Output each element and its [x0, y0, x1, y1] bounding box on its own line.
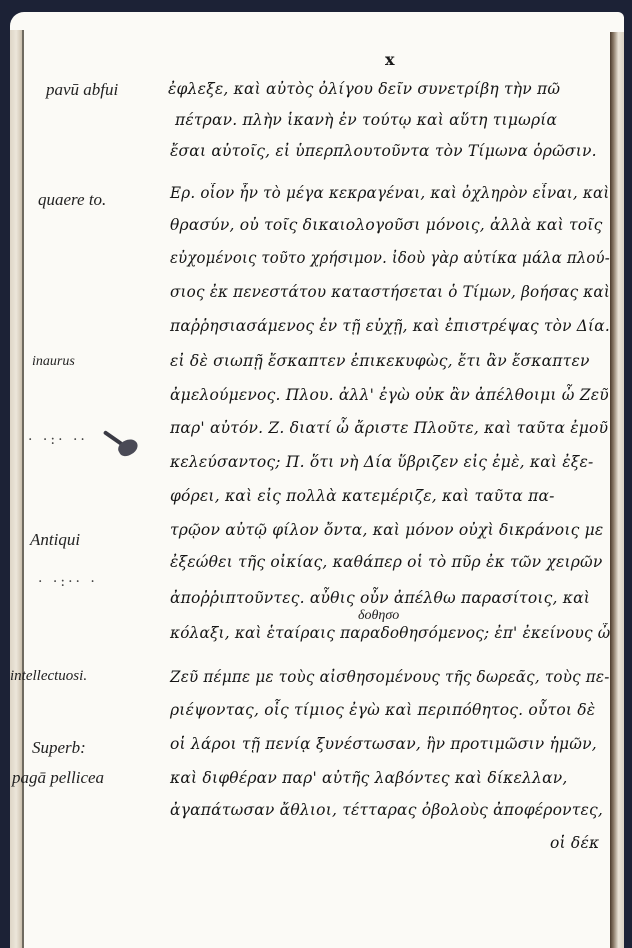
- text-line: ἀποῤῥιπτοῦντες. αὖθις οὖν ἀπέλθω παρασίτ…: [170, 589, 590, 607]
- text-line: οἱ λάροι τῇ πενίᾳ ξυνέστωσαν, ἣν προτιμῶ…: [170, 735, 597, 753]
- text-line: φόρει, καὶ εἰς πολλὰ κατεμέριζε, καὶ ταῦ…: [170, 487, 555, 505]
- text-line: ἐφλεξε, καὶ αὐτὸς ὀλίγου δεῖν συνετρίβη …: [168, 80, 560, 98]
- text-line: Ζεῦ πέμπε με τοὺς αἰσθησομένους τῆς δωρε…: [170, 668, 610, 686]
- ink-specks: · ·:· ··: [28, 432, 88, 448]
- text-line: ἀμελούμενος. Πλου. ἀλλ' ἐγὼ οὐκ ἂν ἀπέλθ…: [170, 386, 609, 404]
- margin-note: pagā pellicea: [12, 768, 104, 788]
- text-line: κελεύσαντος; Π. ὅτι νὴ Δία ὕβριζεν εἰς ἐ…: [170, 453, 594, 471]
- margin-note: inaurus: [32, 354, 75, 370]
- ink-specks: · ·:·· ·: [38, 574, 98, 590]
- margin-note: Superb:: [32, 738, 86, 758]
- text-line: εὐχομένοις τοῦτο χρήσιμον. ἰδοὺ γὰρ αὐτί…: [170, 249, 610, 267]
- margin-note: pavū abfui: [46, 80, 118, 100]
- text-line: ἔσαι αὐτοῖς, εἰ ὑπερπλουτοῦντα τὸν Τίμων…: [170, 142, 597, 160]
- text-line: Ερ. οἷον ἦν τὸ μέγα κεκραγέναι, καὶ ὀχλη…: [170, 184, 610, 202]
- text-line: ἀγαπάτωσαν ἄθλιοι, τέτταρας ὀβολοὺς ἀποφ…: [170, 801, 603, 819]
- text-line: θρασύν, οὐ τοῖς δικαιολογοῦσι μόνοις, ἀλ…: [170, 216, 602, 234]
- text-line: πέτραν. πλὴν ἱκανὴ ἐν τούτῳ καὶ αὕτη τιμ…: [175, 111, 557, 129]
- margin-note: intellectuosi.: [10, 668, 87, 685]
- text-line: κόλαξι, καὶ ἑταίραις παραδοθησόμενος; ἐπ…: [170, 624, 610, 642]
- margin-note: quaere to.: [38, 190, 106, 210]
- page-number: x: [385, 50, 395, 69]
- book-page: x pavū abfui quaere to. inaurus · ·:· ··…: [10, 12, 624, 948]
- text-line: καὶ διφθέραν παρ' αὐτῆς λαβόντες καὶ δίκ…: [170, 769, 568, 787]
- text-line: παῤῥησιασάμενος ἐν τῇ εὐχῇ, καὶ ἐπιστρέψ…: [170, 317, 610, 335]
- page-gutter-right: [610, 32, 624, 948]
- text-line: παρ' αὐτόν. Ζ. διατί ὦ ἄριστε Πλοῦτε, κα…: [170, 419, 608, 437]
- page-gutter-left: [10, 30, 24, 948]
- text-line: ριέψοντας, οἷς τίμιος ἐγὼ καὶ περιπόθητο…: [170, 701, 595, 719]
- text-line: εἰ δὲ σιωπῇ ἔσκαπτεν ἐπικεκυφὼς, ἔτι ἂν …: [170, 352, 590, 370]
- text-line: ἐξεώθει τῆς οἰκίας, καθάπερ οἱ τὸ πῦρ ἐκ…: [170, 553, 603, 571]
- catchword: οἱ δέκ: [550, 834, 599, 852]
- text-line: σιος ἐκ πενεστάτου καταστήσεται ὁ Τίμων,…: [170, 283, 610, 301]
- interlinear-note: δοθησο: [358, 608, 399, 624]
- margin-note: Antiqui: [30, 530, 80, 550]
- text-line: τρῷον αὐτῷ φίλον ὄντα, καὶ μόνον οὐχὶ δι…: [170, 521, 603, 539]
